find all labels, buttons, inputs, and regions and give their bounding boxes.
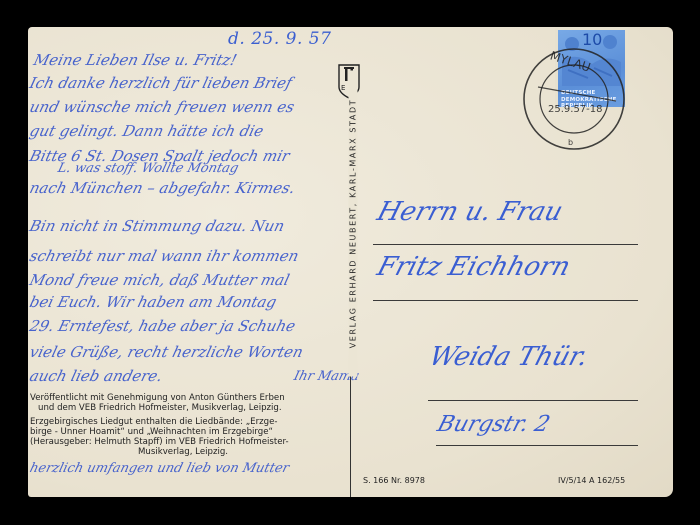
print-line: und dem VEB Friedrich Hofmeister, Musikv…	[30, 403, 285, 413]
message-line: nach München – abgefahr. Kirmes.	[28, 179, 297, 197]
address-line4: Burgstr. 2	[434, 412, 552, 437]
address-rule	[428, 400, 638, 401]
print-code: IV/5/14 A 162/55	[558, 476, 625, 485]
message-date: d. 25. 9. 57	[228, 29, 331, 49]
address-line1: Herrn u. Frau	[374, 197, 567, 227]
message-line: Bin nicht in Stimmung dazu. Nun	[28, 217, 286, 235]
postmark-icon: MYLAU 25.9.57-18 b	[508, 37, 628, 157]
print-line: birge - Unner Hoamit“ und „Weihnachten i…	[30, 427, 289, 437]
message-line: 29. Erntefest, habe aber ja Schuhe	[28, 317, 297, 335]
copyright-para1: Veröffentlicht mit Genehmigung von Anton…	[30, 393, 285, 413]
address-rule	[373, 244, 638, 245]
svg-text:b: b	[568, 138, 573, 147]
print-line: (Herausgeber: Helmuth Stapff) im VEB Fri…	[30, 437, 289, 447]
message-line: bei Euch. Wir haben am Montag	[28, 293, 278, 311]
footer-scrawl: herzlich umfangen und lieb von Mutter	[28, 461, 291, 476]
message-line: viele Grüße, recht herzliche Worten	[28, 343, 305, 361]
message-line: schreibt nur mal wann ihr kommen	[28, 247, 301, 265]
print-line: Erzgebirgisches Liedgut enthalten die Li…	[30, 417, 289, 427]
message-line: und wünsche mich freuen wenn es	[28, 98, 296, 116]
message-line: Ich danke herzlich für lieben Brief	[28, 74, 294, 92]
print-line: Veröffentlicht mit Genehmigung von Anton…	[30, 393, 285, 403]
address-rule	[373, 300, 638, 301]
address-line3: Weida Thür.	[426, 342, 592, 372]
publisher-imprint: VERLAG ERHARD NEUBERT, KARL-MARX STADT	[349, 71, 358, 377]
message-line: gut gelingt. Dann hätte ich die	[28, 122, 265, 140]
print-line: Musikverlag, Leipzig.	[30, 447, 289, 457]
postcard: d. 25. 9. 57 Meine Lieben Ilse u. Fritz!…	[28, 27, 673, 497]
copyright-para2: Erzgebirgisches Liedgut enthalten die Li…	[30, 417, 289, 457]
message-line: Mond freue mich, daß Mutter mal	[28, 271, 291, 289]
message-line: auch lieb andere.	[28, 367, 164, 385]
svg-text:E: E	[341, 84, 345, 92]
message-line: Meine Lieben Ilse u. Fritz!	[32, 51, 239, 69]
svg-text:25.9.57-18: 25.9.57-18	[548, 104, 603, 115]
message-line: L. was stoff. Wollte Montag	[56, 161, 240, 176]
catalog-code: S. 166 Nr. 8978	[363, 476, 425, 485]
address-rule	[436, 445, 638, 446]
address-line2: Fritz Eichhorn	[374, 252, 574, 282]
